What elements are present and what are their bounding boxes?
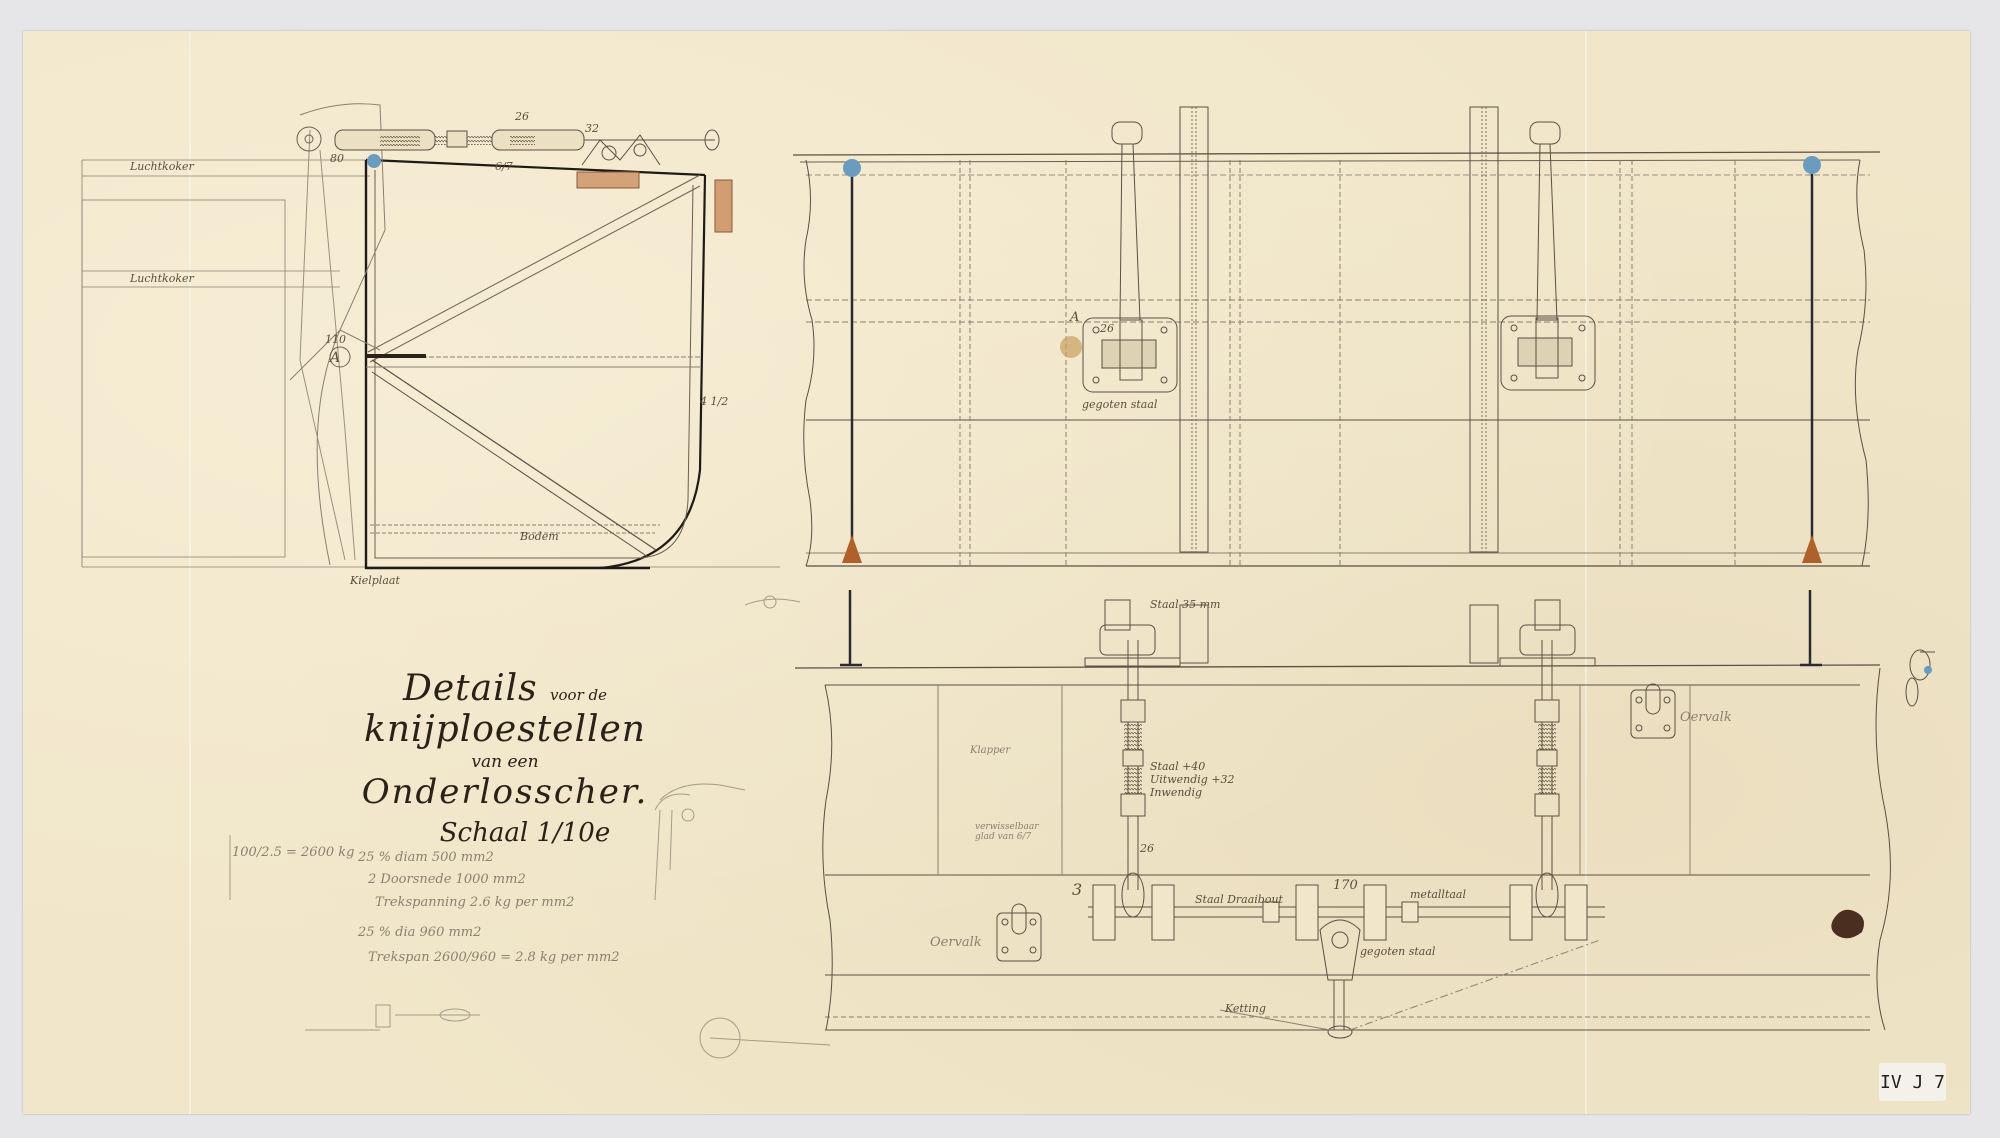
- annotation: 26: [1100, 322, 1114, 335]
- annotation: Klapper: [970, 745, 1010, 756]
- annotation: 80: [330, 152, 344, 165]
- annotation: Kielplaat: [350, 574, 400, 587]
- annotation: gegoten staal: [1360, 945, 1435, 958]
- annotation: Bodem: [520, 530, 559, 543]
- annotation: 26: [1140, 842, 1154, 855]
- annotation: Oervalk: [1680, 710, 1732, 725]
- scale-label: Schaal 1/10e: [295, 818, 715, 848]
- top-elevation-view: [793, 107, 1880, 566]
- annotation: Luchtkoker: [130, 160, 194, 173]
- title-block: Details voor de knijploestellen van een …: [295, 668, 715, 848]
- annotation: 6/7: [495, 160, 513, 173]
- annotation: 110: [325, 333, 346, 346]
- archive-label: IV J 7: [1879, 1063, 1946, 1101]
- annotation: 26: [515, 110, 529, 123]
- annotation: Staal +40 Uitwendig +32 Inwendig: [1150, 760, 1240, 799]
- title-line-2: van een: [295, 752, 715, 772]
- annotation: 32: [585, 122, 599, 135]
- annotation: metalltaal: [1410, 888, 1466, 901]
- technical-drawing: [0, 0, 2000, 1138]
- calc-note: Trekspan 2600/960 = 2.8 kg per mm2: [368, 950, 620, 965]
- annotation: Oervalk: [930, 935, 982, 950]
- calc-note: 100/2.5 = 2600 kg: [232, 845, 354, 860]
- calc-note: 25 % diam 500 mm2: [358, 850, 494, 865]
- calc-note: 2 Doorsnede 1000 mm2: [368, 872, 526, 887]
- annotation: Staal 35 mm: [1150, 598, 1220, 611]
- cross-section-view: [82, 104, 780, 568]
- title-line-1: Details voor de knijploestellen: [295, 668, 715, 750]
- annotation: Luchtkoker: [130, 272, 194, 285]
- title-line-3: Onderlosscher.: [295, 772, 715, 812]
- calc-note: Trekspanning 2.6 kg per mm2: [375, 895, 574, 910]
- annotation: Ketting: [1225, 1002, 1266, 1015]
- annotation: A: [330, 350, 340, 366]
- annotation: gegoten staal: [1082, 398, 1157, 411]
- annotation: 170: [1333, 878, 1358, 893]
- bottom-side-view: [795, 590, 1935, 1038]
- calc-note: 25 % dia 960 mm2: [358, 925, 481, 940]
- annotation: 3: [1072, 880, 1082, 899]
- annotation: 4 1/2: [700, 395, 728, 408]
- annotation: verwisselbaar glad van 6/7: [975, 822, 1055, 842]
- annotation: Staal Draaibout: [1195, 893, 1283, 906]
- annotation: A: [1070, 310, 1079, 325]
